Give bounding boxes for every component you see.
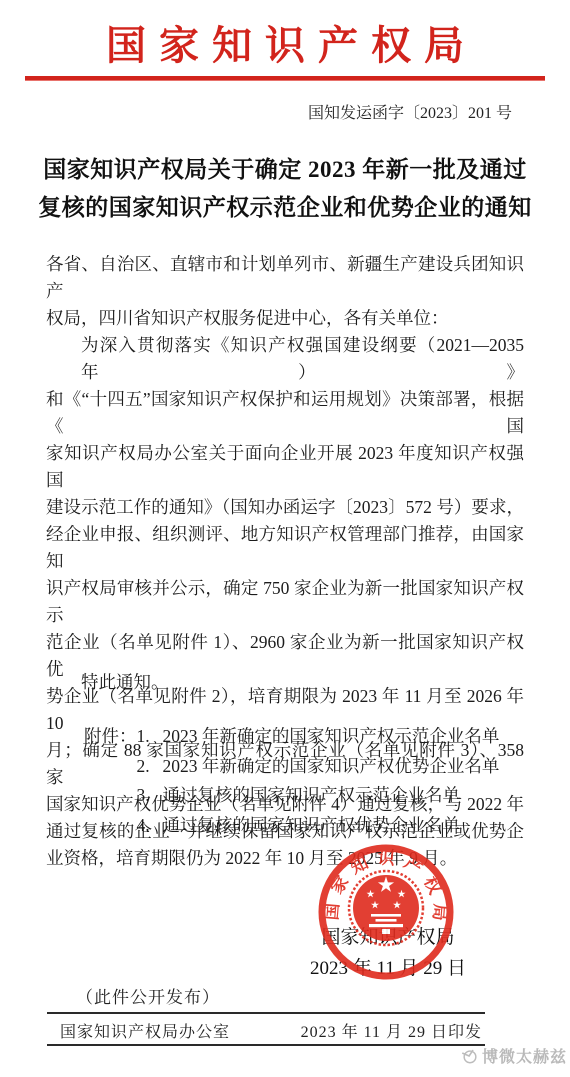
footer-office: 国家知识产权局办公室 (60, 1019, 230, 1042)
body-line: 权局，四川省知识产权服务促进中心，各有关单位： (46, 305, 524, 332)
document-title-line-2: 复核的国家知识产权示范企业和优势企业的通知 (24, 189, 546, 227)
signature-block: 国家知识产权局 2023 年 11 月 29 日 (0, 832, 570, 992)
body-line: 识产权局审核并公示，确定 750 家企业为新一批国家知识产权示 (46, 575, 524, 629)
attachment-item: 2. 2023 年新确定的国家知识产权优势企业名单 (137, 752, 500, 782)
attachments-list: 附件： 1. 2023 年新确定的国家知识产权示范企业名单 2. 2023 年新… (84, 722, 499, 840)
red-divider-rule (25, 76, 545, 81)
agency-header-title: 国家知识产权局 (0, 14, 570, 71)
attachments-label: 附件： (84, 722, 137, 840)
attachment-title: 通过复核的国家知识产权示范企业名单 (163, 781, 461, 811)
body-line: 各省、自治区、直辖市和计划单列市、新疆生产建设兵团知识产 (46, 251, 524, 305)
body-line: 和《“十四五”国家知识产权保护和运用规划》决策部署，根据《国 (46, 386, 524, 440)
body-line: 为深入贯彻落实《知识产权强国建设纲要（2021—2035 年）》 (46, 332, 524, 386)
attachments-items: 1. 2023 年新确定的国家知识产权示范企业名单 2. 2023 年新确定的国… (137, 722, 500, 840)
closing-phrase: 特此通知。 (81, 669, 169, 694)
document-page: 国家知识产权局 国知发运函字〔2023〕201 号 国家知识产权局关于确定 20… (0, 0, 570, 1077)
document-number: 国知发运函字〔2023〕201 号 (308, 100, 512, 123)
attachment-title: 2023 年新确定的国家知识产权示范企业名单 (163, 722, 500, 752)
body-line: 经企业申报、组织测评、地方知识产权管理部门推荐，由国家知 (46, 521, 524, 575)
attachment-number: 2. (137, 752, 163, 782)
footer-row: 国家知识产权局办公室 2023 年 11 月 29 日印发 (60, 1019, 482, 1042)
watermark-logo-icon (461, 1047, 479, 1065)
footer-print-date: 2023 年 11 月 29 日印发 (301, 1019, 482, 1042)
document-title: 国家知识产权局关于确定 2023 年新一批及通过 复核的国家知识产权示范企业和优… (24, 151, 546, 227)
official-seal-stamp: 国家知识产权局 (306, 832, 466, 992)
attachment-item: 1. 2023 年新确定的国家知识产权示范企业名单 (137, 722, 500, 752)
attachment-title: 2023 年新确定的国家知识产权优势企业名单 (163, 752, 500, 782)
attachment-number: 1. (137, 722, 163, 752)
document-title-line-1: 国家知识产权局关于确定 2023 年新一批及通过 (24, 151, 546, 189)
attachment-item: 3. 通过复核的国家知识产权示范企业名单 (137, 781, 500, 811)
watermark-text: 博微太赫兹 (482, 1044, 567, 1067)
attachment-number: 3. (137, 781, 163, 811)
body-line: 家知识产权局办公室关于面向企业开展 2023 年度知识产权强国 (46, 440, 524, 494)
watermark: 博微太赫兹 (461, 1044, 567, 1067)
public-release-note: （此件公开发布） (76, 983, 220, 1008)
national-emblem-icon (349, 871, 423, 945)
footer-rule-bottom (47, 1044, 485, 1046)
footer-rule-top (47, 1012, 485, 1014)
body-line: 建设示范工作的通知》（国知办函运字〔2023〕572 号）要求， (46, 494, 524, 521)
